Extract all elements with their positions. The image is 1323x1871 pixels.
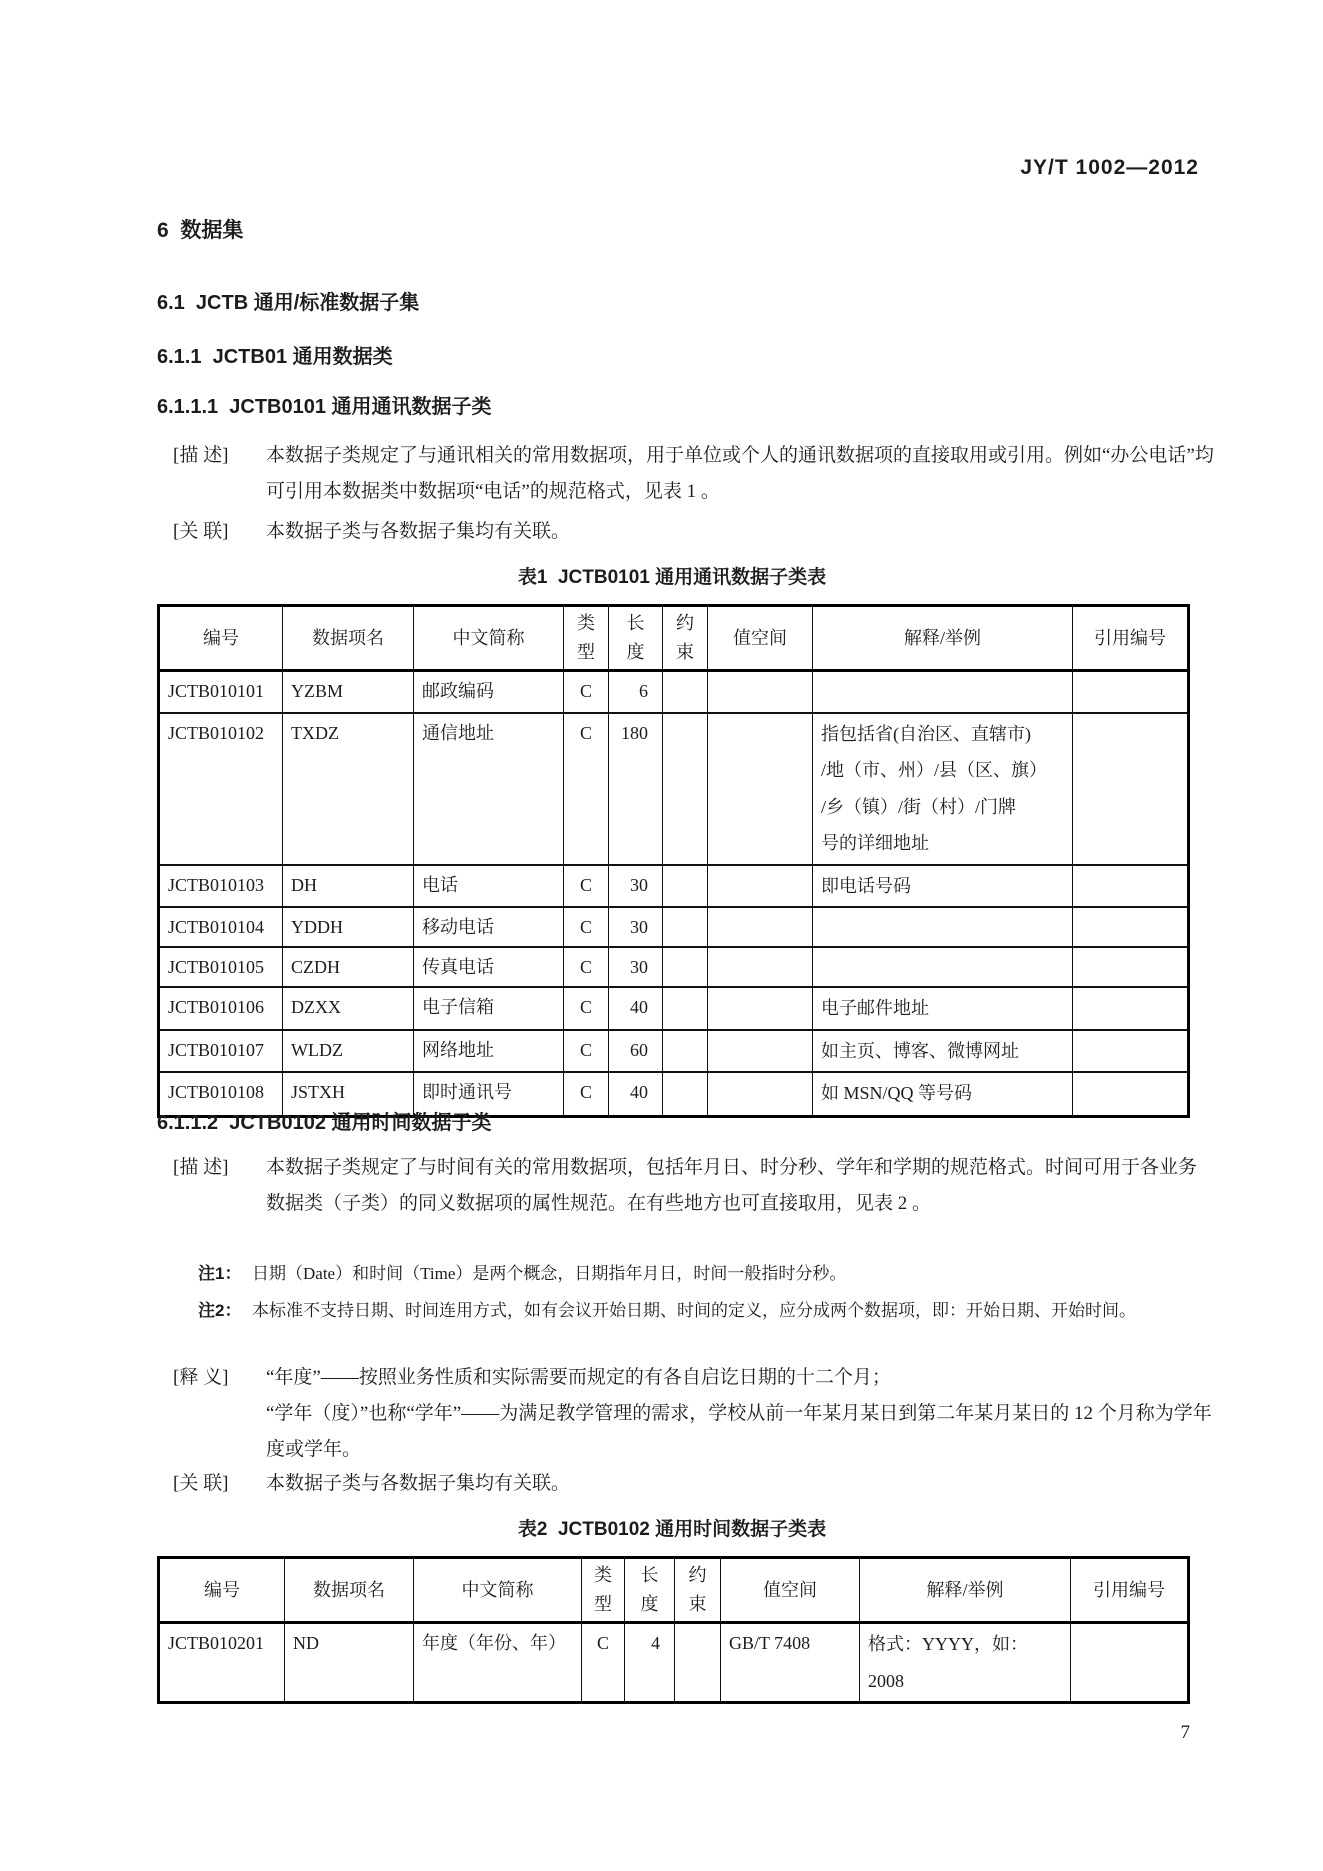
description-paragraph-2: [描 述] 本数据子类规定了与时间有关的常用数据项，包括年月日、时分秒、学年和学…	[173, 1150, 1215, 1222]
table-row: JCTB010105 CZDH 传真电话 C 30	[159, 947, 1189, 987]
cell-value-space	[708, 1030, 813, 1073]
cell-explain	[813, 947, 1073, 987]
cell-code: JCTB010102	[159, 713, 283, 865]
cell-cn-name: 移动电话	[414, 907, 564, 947]
table2-title: 表2 JCTB0102 通用时间数据子类表	[157, 1514, 1187, 1541]
cell-code: JCTB010201	[159, 1623, 285, 1703]
col-header-yueshu: 约束	[663, 606, 708, 671]
table1-title: 表1 JCTB0101 通用通讯数据子类表	[157, 562, 1187, 589]
cell-ref	[1071, 1623, 1189, 1703]
table-row: JCTB010106 DZXX 电子信箱 C 40 电子邮件地址	[159, 987, 1189, 1030]
cell-ref	[1073, 671, 1189, 713]
table1: 编号 数据项名 中文简称 类型 长度 约束 值空间 解释/举例 引用编号 JCT…	[157, 604, 1190, 1118]
cell-constraint	[663, 671, 708, 713]
cell-item-name: TXDZ	[283, 713, 414, 865]
cell-ref	[1073, 713, 1189, 865]
description-label: [描 述]	[173, 438, 228, 474]
cell-length: 40	[609, 1072, 663, 1116]
cell-code: JCTB010107	[159, 1030, 283, 1073]
table-row: JCTB010101 YZBM 邮政编码 C 6	[159, 671, 1189, 713]
cell-explain: 指包括省(自治区、直辖市) /地（市、州）/县（区、旗） /乡（镇）/街（村）/…	[813, 713, 1073, 865]
section-heading-6-1-1-2: 6.1.1.2 JCTB0102 通用时间数据子类	[157, 1106, 492, 1135]
cell-value-space	[708, 865, 813, 908]
cell-cn-name: 通信地址	[414, 713, 564, 865]
relation-paragraph-2: [关 联] 本数据子类与各数据子集均有关联。	[173, 1466, 1215, 1502]
col-header-leixing: 类型	[564, 606, 609, 671]
cell-constraint	[663, 1030, 708, 1073]
col-header-bianhao: 编号	[159, 606, 283, 671]
cell-explain	[813, 907, 1073, 947]
cell-length: 180	[609, 713, 663, 865]
cell-type: C	[564, 671, 609, 713]
col-header-yinyongbianhao: 引用编号	[1071, 1558, 1189, 1623]
cell-cn-name: 邮政编码	[414, 671, 564, 713]
cell-cn-name: 年度（年份、年）	[414, 1623, 582, 1703]
cell-type: C	[582, 1623, 625, 1703]
cell-ref	[1073, 907, 1189, 947]
table-row: JCTB010201 ND 年度（年份、年） C 4 GB/T 7408 格式：…	[159, 1623, 1189, 1703]
cell-ref	[1073, 1030, 1189, 1073]
table-row: JCTB010107 WLDZ 网络地址 C 60 如主页、博客、微博网址	[159, 1030, 1189, 1073]
note-1-text: 日期（Date）和时间（Time）是两个概念，日期指年月日，时间一般指时分秒。	[252, 1264, 846, 1283]
cell-constraint	[663, 865, 708, 908]
col-header-zhongwenjiancheng: 中文简称	[414, 1558, 582, 1623]
cell-item-name: ND	[285, 1623, 414, 1703]
relation-paragraph-1: [关 联] 本数据子类与各数据子集均有关联。	[173, 514, 1215, 550]
col-header-leixing: 类型	[582, 1558, 625, 1623]
cell-constraint	[663, 713, 708, 865]
cell-type: C	[564, 987, 609, 1030]
table-row: JCTB010104 YDDH 移动电话 C 30	[159, 907, 1189, 947]
cell-code: JCTB010103	[159, 865, 283, 908]
cell-item-name: DH	[283, 865, 414, 908]
note-1-label: 注1：	[198, 1256, 241, 1292]
cell-explain: 格式：YYYY，如：2008	[860, 1623, 1071, 1703]
cell-value-space	[708, 671, 813, 713]
cell-code: JCTB010105	[159, 947, 283, 987]
cell-item-name: YZBM	[283, 671, 414, 713]
col-header-shujuxiangming: 数据项名	[283, 606, 414, 671]
definition-line-1: “年度”——按照业务性质和实际需要而规定的有各自启讫日期的十二个月；	[266, 1367, 891, 1388]
cell-ref	[1073, 865, 1189, 908]
definition-line-2: “学年（度）”也称“学年”——为满足教学管理的需求，学校从前一年某月某日到第二年…	[266, 1396, 1215, 1468]
cell-length: 6	[609, 671, 663, 713]
cell-item-name: WLDZ	[283, 1030, 414, 1073]
cell-ref	[1073, 987, 1189, 1030]
cell-code: JCTB010101	[159, 671, 283, 713]
table-row: JCTB010102 TXDZ 通信地址 C 180 指包括省(自治区、直辖市)…	[159, 713, 1189, 865]
cell-value-space: GB/T 7408	[721, 1623, 860, 1703]
cell-type: C	[564, 907, 609, 947]
relation-text: 本数据子类与各数据子集均有关联。	[266, 1473, 570, 1494]
description-text: 本数据子类规定了与通讯相关的常用数据项，用于单位或个人的通讯数据项的直接取用或引…	[266, 445, 1214, 502]
note-2: 注2： 本标准不支持日期、时间连用方式，如有会议开始日期、时间的定义，应分成两个…	[198, 1293, 1214, 1329]
cell-type: C	[564, 865, 609, 908]
cell-constraint	[663, 907, 708, 947]
document-page: JY/T 1002—2012 6 数据集 6.1 JCTB 通用/标准数据子集 …	[0, 0, 1323, 1871]
cell-explain: 电子邮件地址	[813, 987, 1073, 1030]
cell-length: 40	[609, 987, 663, 1030]
description-text: 本数据子类规定了与时间有关的常用数据项，包括年月日、时分秒、学年和学期的规范格式…	[266, 1157, 1197, 1214]
page-number: 7	[1181, 1722, 1191, 1744]
section-heading-6-1: 6.1 JCTB 通用/标准数据子集	[157, 286, 419, 315]
cell-cn-name: 电子信箱	[414, 987, 564, 1030]
cell-constraint	[663, 1072, 708, 1116]
relation-text: 本数据子类与各数据子集均有关联。	[266, 521, 570, 542]
col-header-zhikongjian: 值空间	[721, 1558, 860, 1623]
description-label: [描 述]	[173, 1150, 228, 1186]
table2: 编号 数据项名 中文简称 类型 长度 约束 值空间 解释/举例 引用编号 JCT…	[157, 1556, 1190, 1704]
cell-value-space	[708, 907, 813, 947]
cell-item-name: YDDH	[283, 907, 414, 947]
cell-length: 30	[609, 907, 663, 947]
cell-explain: 即电话号码	[813, 865, 1073, 908]
cell-value-space	[708, 947, 813, 987]
col-header-changdu: 长度	[625, 1558, 675, 1623]
section-heading-6-1-1-1: 6.1.1.1 JCTB0101 通用通讯数据子类	[157, 390, 492, 419]
cell-item-name: DZXX	[283, 987, 414, 1030]
cell-code: JCTB010106	[159, 987, 283, 1030]
col-header-bianhao: 编号	[159, 1558, 285, 1623]
cell-length: 30	[609, 865, 663, 908]
cell-type: C	[564, 1030, 609, 1073]
note-2-text: 本标准不支持日期、时间连用方式，如有会议开始日期、时间的定义，应分成两个数据项，…	[252, 1301, 1136, 1320]
col-header-zhongwenjiancheng: 中文简称	[414, 606, 564, 671]
description-paragraph-1: [描 述] 本数据子类规定了与通讯相关的常用数据项，用于单位或个人的通讯数据项的…	[173, 438, 1215, 510]
section-heading-6-1-1: 6.1.1 JCTB01 通用数据类	[157, 340, 393, 369]
table1-header-row: 编号 数据项名 中文简称 类型 长度 约束 值空间 解释/举例 引用编号	[159, 606, 1189, 671]
cell-value-space	[708, 713, 813, 865]
note-2-label: 注2：	[198, 1293, 241, 1329]
definition-paragraph: [释 义] “年度”——按照业务性质和实际需要而规定的有各自启讫日期的十二个月；…	[173, 1360, 1215, 1468]
note-1: 注1： 日期（Date）和时间（Time）是两个概念，日期指年月日，时间一般指时…	[198, 1256, 1214, 1292]
cell-length: 30	[609, 947, 663, 987]
table2-header-row: 编号 数据项名 中文简称 类型 长度 约束 值空间 解释/举例 引用编号	[159, 1558, 1189, 1623]
col-header-zhikongjian: 值空间	[708, 606, 813, 671]
relation-label: [关 联]	[173, 514, 228, 550]
cell-value-space	[708, 1072, 813, 1116]
section-heading-6: 6 数据集	[157, 214, 243, 244]
cell-cn-name: 电话	[414, 865, 564, 908]
col-header-yueshu: 约束	[675, 1558, 721, 1623]
relation-label: [关 联]	[173, 1466, 228, 1502]
cell-item-name: CZDH	[283, 947, 414, 987]
cell-constraint	[663, 987, 708, 1030]
col-header-yinyongbianhao: 引用编号	[1073, 606, 1189, 671]
col-header-jieshi: 解释/举例	[813, 606, 1073, 671]
cell-ref	[1073, 1072, 1189, 1116]
table-row: JCTB010103 DH 电话 C 30 即电话号码	[159, 865, 1189, 908]
col-header-shujuxiangming: 数据项名	[285, 1558, 414, 1623]
col-header-jieshi: 解释/举例	[860, 1558, 1071, 1623]
col-header-changdu: 长度	[609, 606, 663, 671]
cell-type: C	[564, 947, 609, 987]
definition-label: [释 义]	[173, 1360, 228, 1396]
cell-cn-name: 传真电话	[414, 947, 564, 987]
cell-cn-name: 网络地址	[414, 1030, 564, 1073]
cell-explain	[813, 671, 1073, 713]
cell-constraint	[675, 1623, 721, 1703]
cell-explain: 如 MSN/QQ 等号码	[813, 1072, 1073, 1116]
cell-value-space	[708, 987, 813, 1030]
cell-type: C	[564, 713, 609, 865]
cell-length: 60	[609, 1030, 663, 1073]
cell-code: JCTB010104	[159, 907, 283, 947]
doc-number: JY/T 1002—2012	[1020, 156, 1199, 180]
cell-length: 4	[625, 1623, 675, 1703]
cell-constraint	[663, 947, 708, 987]
cell-ref	[1073, 947, 1189, 987]
cell-explain: 如主页、博客、微博网址	[813, 1030, 1073, 1073]
cell-type: C	[564, 1072, 609, 1116]
